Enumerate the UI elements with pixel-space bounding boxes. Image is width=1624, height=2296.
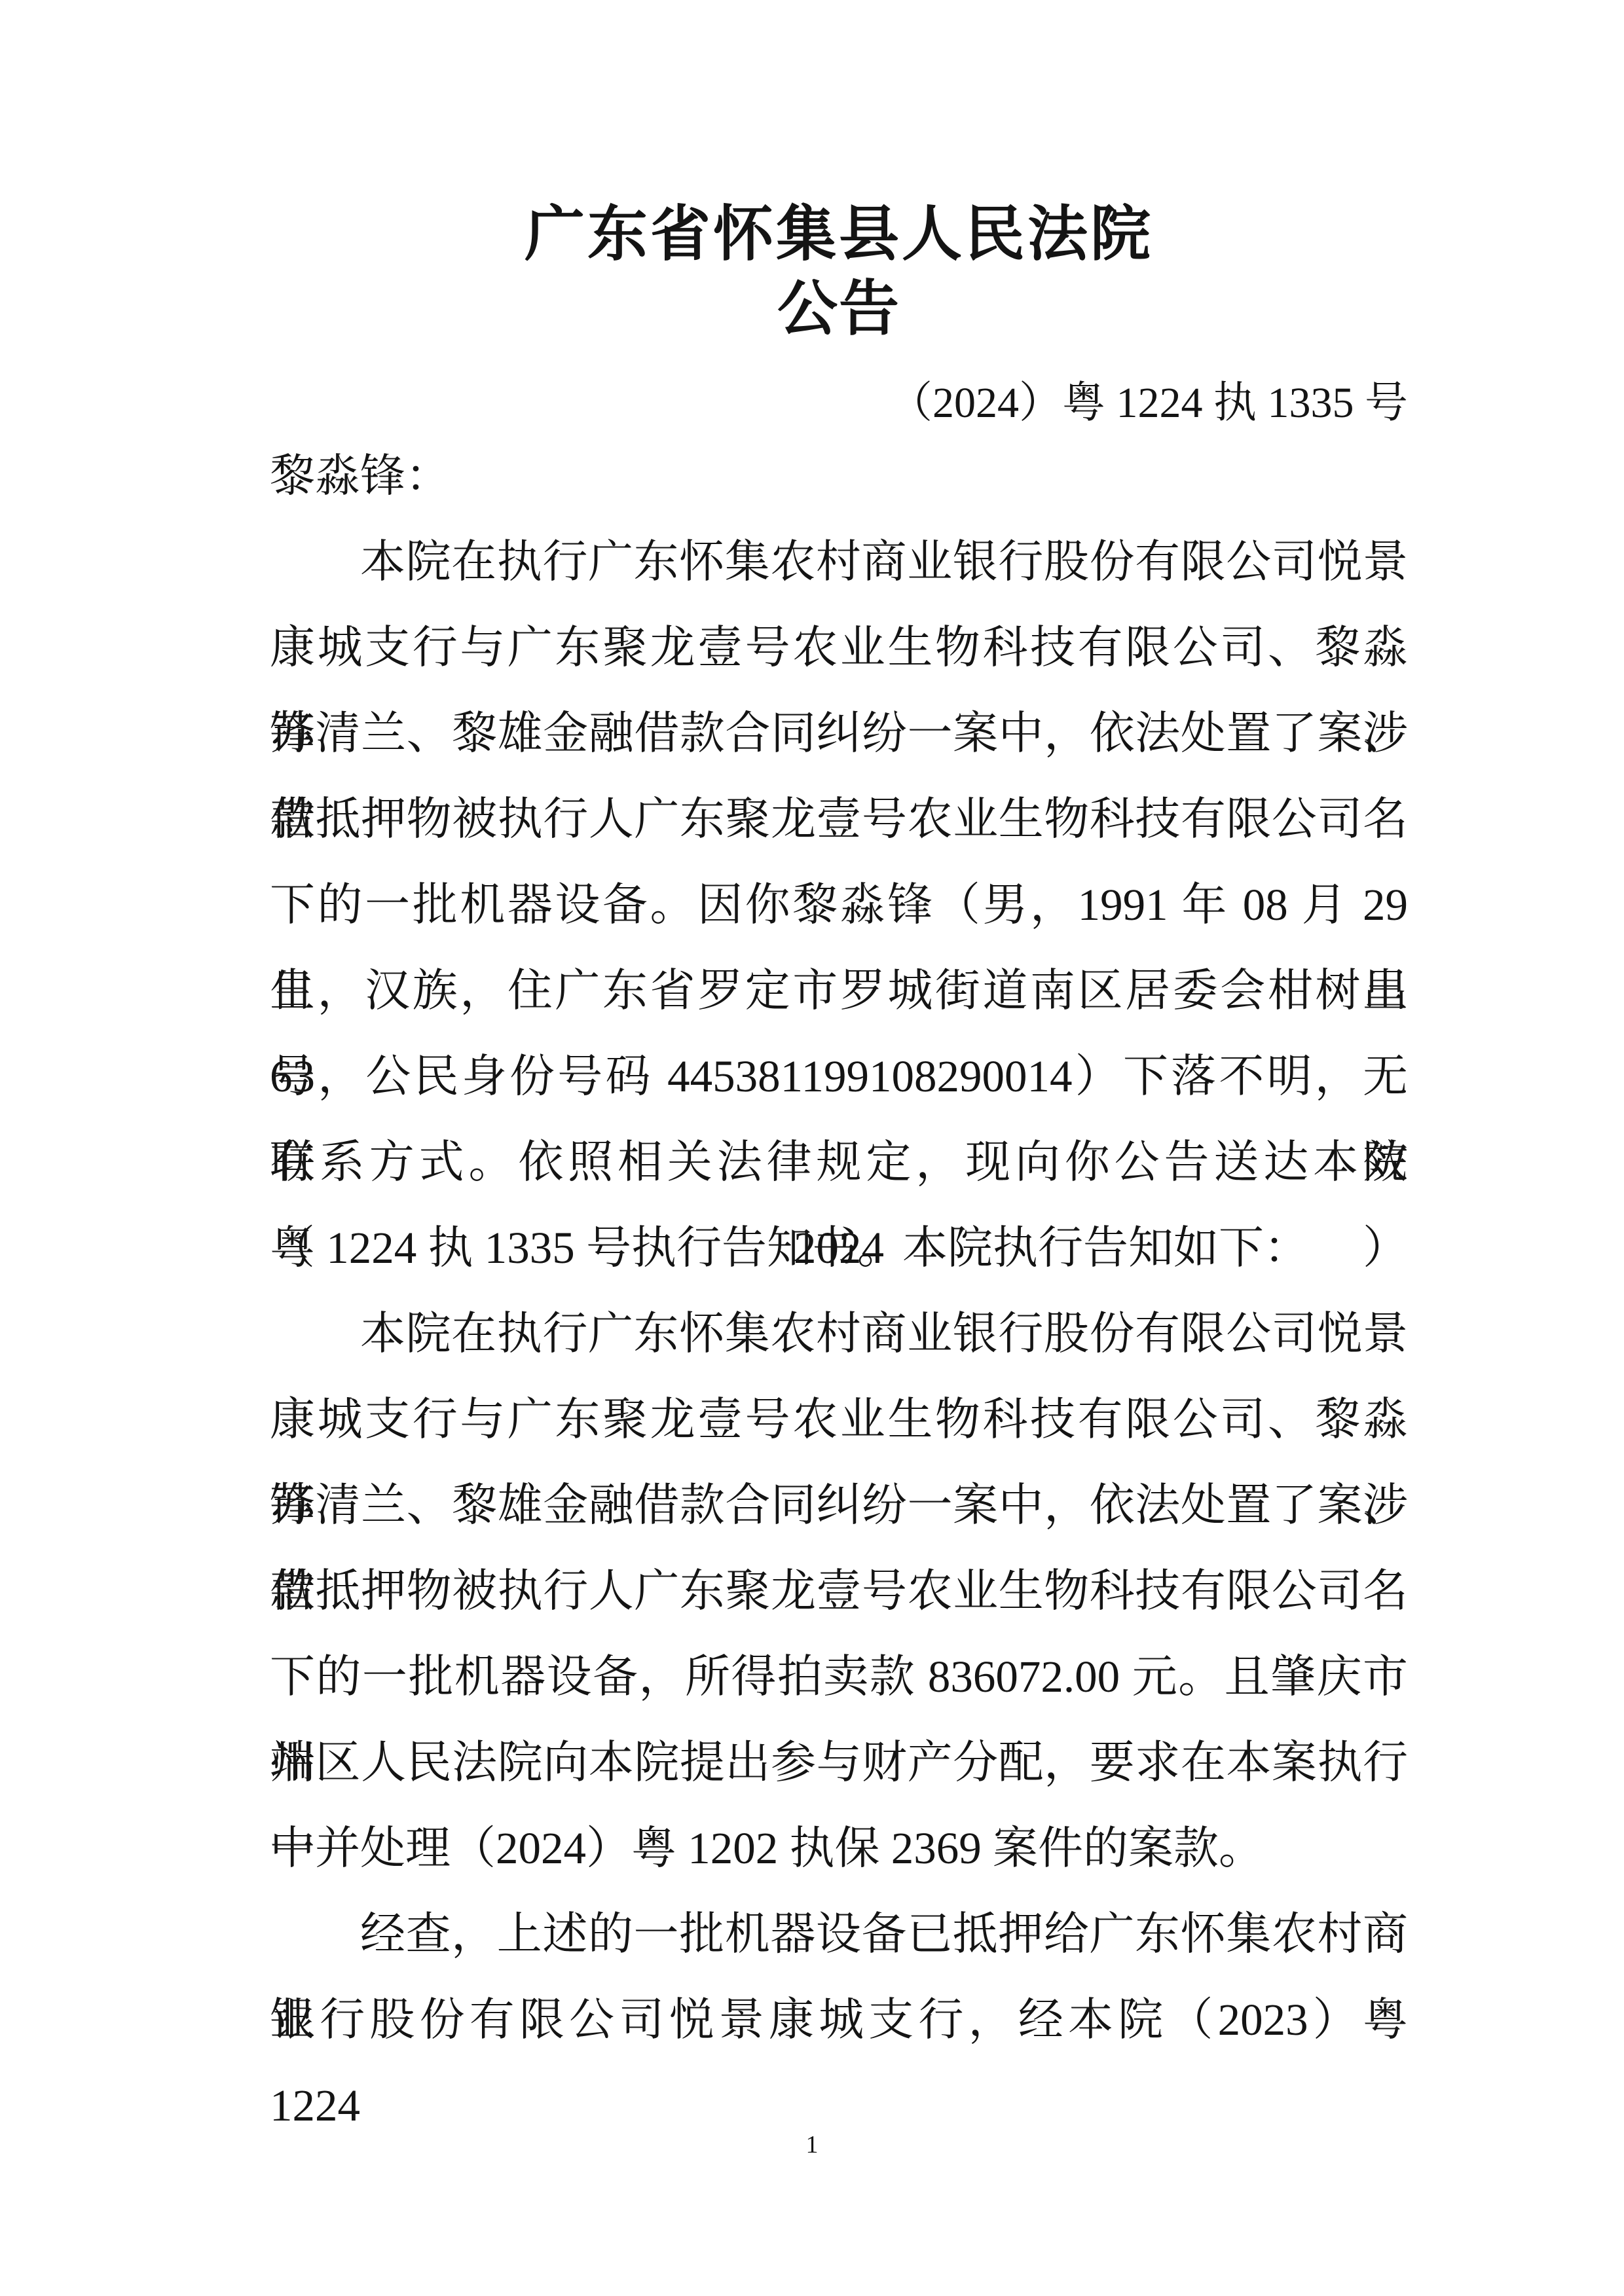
body-line: 联系方式。依照相关法律规定，现向你公告送达本院（2024） [270,1120,1408,1205]
body-line: 本院在执行广东怀集农村商业银行股份有限公司悦景 [270,1291,1408,1377]
body-line: 苏清兰、黎雄金融借款合同纠纷一案中，依法处置了案涉借 [270,1463,1408,1548]
title-block: 广东省怀集县人民法院 公告 [270,196,1408,346]
body-line: 经查，上述的一批机器设备已抵押给广东怀集农村商业 [270,1891,1408,1977]
body-line: 下的一批机器设备，所得拍卖款 836072.00 元。且肇庆市端 [270,1634,1408,1720]
body-line: 一并处理（2024）粤 1202 执保 2369 案件的案款。 [270,1806,1408,1891]
page-number: 1 [0,2129,1624,2160]
body-line-addressee: 黎淼锋： [270,433,1408,519]
court-name: 广东省怀集县人民法院 [270,196,1408,272]
body-line: 下的一批机器设备。因你黎淼锋（男，1991 年 08 月 29 日出 [270,862,1408,948]
body-line: 康城支行与广东聚龙壹号农业生物科技有限公司、黎淼锋、 [270,605,1408,691]
body-line: 生，汉族，住广东省罗定市罗城街道南区居委会柑树里 63 [270,948,1408,1034]
body-line: 康城支行与广东聚龙壹号农业生物科技有限公司、黎淼锋、 [270,1377,1408,1463]
body-text: 黎淼锋： 本院在执行广东怀集农村商业银行股份有限公司悦景 康城支行与广东聚龙壹号… [270,433,1408,2063]
case-number: （2024）粤 1224 执 1335 号 [270,378,1408,428]
document-page: 广东省怀集县人民法院 公告 （2024）粤 1224 执 1335 号 黎淼锋：… [0,0,1624,2296]
body-line: 粤 1224 执 1335 号执行告知书。本院执行告知如下： [270,1205,1408,1291]
body-line: 本院在执行广东怀集农村商业银行股份有限公司悦景 [270,519,1408,605]
body-line: 号，公民身份号码 445381199108290014）下落不明，无有效 [270,1034,1408,1120]
doc-type-title: 公告 [270,272,1408,346]
body-line: 银行股份有限公司悦景康城支行，经本院（2023）粤 1224 [270,1977,1408,2063]
body-line: 款抵押物被执行人广东聚龙壹号农业生物科技有限公司名 [270,1548,1408,1634]
body-line: 苏清兰、黎雄金融借款合同纠纷一案中，依法处置了案涉借 [270,691,1408,776]
body-line: 款抵押物被执行人广东聚龙壹号农业生物科技有限公司名 [270,776,1408,862]
body-line: 州区人民法院向本院提出参与财产分配，要求在本案执行中 [270,1720,1408,1806]
